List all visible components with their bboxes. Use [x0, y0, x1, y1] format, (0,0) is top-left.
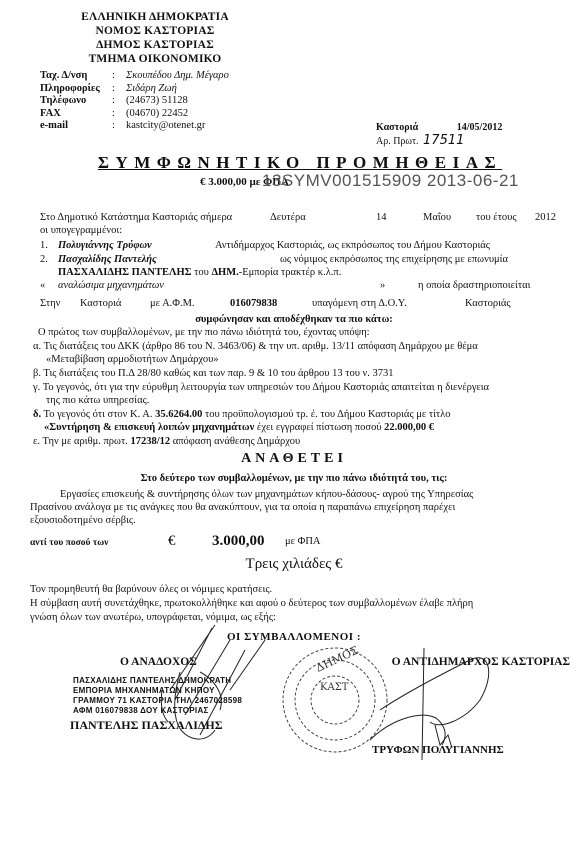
info-key: e-mail	[40, 120, 112, 133]
consideration-c: γ. Το γεγονός, ότι για την εύρυθμη λειτο…	[33, 381, 489, 394]
ada-stamp: 13SYMV001515909 2013-06-21	[262, 171, 519, 191]
info-row-address: Ταχ. Δ/νση : Σκουπέδου Δημ. Μέγαρο	[40, 70, 229, 83]
item-text: Το γεγονός, ότι για την εύρυθμη λειτουργ…	[43, 382, 489, 393]
quote-close: »	[380, 279, 385, 292]
document-title: ΣΥΜΦΩΝΗΤΙΚΟ ΠΡΟΜΗΘΕΙΑΣ	[40, 153, 560, 173]
afm-city: Καστοριά	[80, 297, 121, 310]
intro-line-1: Στο Δημοτικό Κατάστημα Καστοριάς σήμερα …	[40, 211, 232, 224]
parties-heading: ΟΙ ΣΥΜΒΑΛΛΟΜΕΝΟΙ :	[0, 631, 588, 643]
date-protocol-block: Καστοριά 14/05/2012 Αρ. Πρωτ. 17511	[376, 121, 502, 148]
item-text: Τις διατάξεις του Π.Δ 28/80 καθώς και τω…	[43, 368, 393, 379]
contractor-role: Ο ΑΝΑΔΟΧΟΣ	[55, 656, 275, 668]
protocol-number-handwritten: 17511	[423, 133, 464, 148]
amount-value: 3.000,00	[212, 533, 265, 550]
amount-vat: με ΦΠΑ	[285, 536, 321, 547]
intro-day: Δευτέρα	[270, 211, 306, 224]
signature-deputy-mayor: Ο ΑΝΤΙΔΗΜΑΡΧΟΣ ΚΑΣΤΟΡΙΑΣ ΤΡΥΦΩΝ ΠΟΛΥΓΙΑΝ…	[330, 656, 570, 668]
company-operates: η οποία δραστηριοποιείται	[418, 279, 530, 292]
stamp-line: ΓΡΑΜΜΟΥ 71 ΚΑΣΤΟΡΙΑ ΤΗΛ 2467028598	[73, 696, 275, 706]
assigns-heading: ΑΝΑΘΕΤΕΙ	[0, 451, 588, 467]
item-mark: ε.	[33, 436, 40, 447]
info-value: (04670) 22452	[126, 108, 188, 121]
item-text: Την με αριθμ. πρωτ.	[42, 436, 127, 447]
afm-label: με Α.Φ.Μ.	[150, 297, 195, 310]
consideration-b: β. Τις διατάξεις του Π.Δ 28/80 καθώς και…	[33, 367, 394, 380]
contact-info: Ταχ. Δ/νση : Σκουπέδου Δημ. Μέγαρο Πληρο…	[40, 70, 229, 133]
considerations-lead: Ο πρώτος των συμβαλλομένων, με την πιο π…	[38, 326, 370, 339]
agreed-line: συμφώνησαν και αποδέχθηκαν τα πιο κάτω:	[0, 313, 588, 326]
info-sep: :	[112, 120, 126, 133]
party-2: 2. Πασχαλίδης Παντελής ως νόμιμος εκπρόσ…	[40, 253, 560, 266]
header-line-prefecture: ΝΟΜΟΣ ΚΑΣΤΟΡΙΑΣ	[40, 24, 270, 38]
intro-text: Στο Δημοτικό Κατάστημα Καστοριάς σήμερα	[40, 212, 232, 223]
info-key: Τηλέφωνο	[40, 95, 112, 108]
consideration-a-cont: «Μεταβίβαση αρμοδιοτήτων Δημάρχου»	[46, 353, 219, 366]
company-activity-2: αναλώσιμα μηχανημάτων	[58, 279, 164, 292]
info-key: Ταχ. Δ/νση	[40, 70, 112, 83]
closing-2: Η σύμβαση αυτή συνετάχθηκε, πρωτοκολλήθη…	[30, 597, 473, 610]
assign-subheading: Στο δεύτερο των συμβαλλομένων, με την πι…	[0, 472, 588, 485]
deputy-mayor-role: Ο ΑΝΤΙΔΗΜΑΡΧΟΣ ΚΑΣΤΟΡΙΑΣ	[330, 656, 570, 668]
decision-number: 17238/12	[130, 436, 170, 447]
info-value: (24673) 51128	[126, 95, 188, 108]
doy-city: Καστοριάς	[465, 297, 511, 310]
amount-label: αντί του ποσού των	[30, 538, 108, 548]
company-tou: του	[194, 267, 209, 278]
item-mark: β.	[33, 368, 41, 379]
info-row-email: e-mail : kastcity@otenet.gr	[40, 120, 229, 133]
company-line-2: « αναλώσιμα μηχανημάτων » η οποία δραστη…	[40, 279, 560, 292]
deputy-mayor-name: ΤΡΥΦΩΝ ΠΟΛΥΓΙΑΝΝΗΣ	[372, 744, 504, 756]
info-key: FAX	[40, 108, 112, 121]
info-sep: :	[112, 70, 126, 83]
item-text: Το γεγονός ότι στον Κ. Α.	[44, 409, 153, 420]
info-value-email[interactable]: kastcity@otenet.gr	[126, 120, 205, 133]
header-line-municipality: ΔΗΜΟΣ ΚΑΣΤΟΡΙΑΣ	[40, 38, 270, 52]
seal-text: ΚΑΣΤ	[320, 682, 349, 693]
party-1-name: Πολυγιάννης Τρύφων	[58, 239, 152, 252]
info-row-fax: FAX : (04670) 22452	[40, 108, 229, 121]
info-key: Πληροφορίες	[40, 83, 112, 96]
consideration-e: ε. Την με αριθμ. πρωτ. 17238/12 απόφαση …	[33, 435, 300, 448]
party-1-role: Αντιδήμαρχος Καστοριάς, ως εκπρόσωπος το…	[215, 239, 490, 252]
consideration-a: α. Τις διατάξεις του ΔΚΚ (άρθρο 86 του Ν…	[33, 340, 478, 353]
company-name: ΠΑΣΧΑΛΙΔΗΣ ΠΑΝΤΕΛΗΣ	[58, 267, 192, 278]
info-sep: :	[112, 83, 126, 96]
info-row-phone: Τηλέφωνο : (24673) 51128	[40, 95, 229, 108]
work-text-1: Εργασίες επισκευής & συντήρησης όλων των…	[60, 488, 473, 501]
header-line-department: ΤΜΗΜΑ ΟΙΚΟΝΟΜΙΚΟ	[40, 52, 270, 66]
issuer-header: ΕΛΛΗΝΙΚΗ ΔΗΜΟΚΡΑΤΙΑ ΝΟΜΟΣ ΚΑΣΤΟΡΙΑΣ ΔΗΜΟ…	[40, 10, 270, 66]
info-sep: :	[112, 108, 126, 121]
intro-month: Μαΐου	[423, 211, 451, 224]
intro-line-2: οι υπογεγραμμένοι:	[40, 224, 122, 237]
consideration-c-cont: της πιο κάτω υπηρεσίας.	[46, 394, 149, 407]
info-sep: :	[112, 95, 126, 108]
signature-contractor: Ο ΑΝΑΔΟΧΟΣ ΠΑΣΧΑΛΙΔΗΣ ΠΑΝΤΕΛΗΣ ΔΗΜΟΚΡΑΤΗ…	[55, 656, 275, 733]
item-mark: γ.	[33, 382, 40, 393]
closing-1: Τον προμηθευτή θα βαρύνουν όλες οι νόμιμ…	[30, 583, 272, 596]
afm-line: Στην Καστοριά με Α.Φ.Μ. 016079838 υπαγόμ…	[40, 297, 560, 310]
amount-row: αντί του ποσού των € 3.000,00 με ΦΠΑ	[30, 536, 108, 548]
doy-label: υπαγόμενη στη Δ.Ο.Υ.	[312, 297, 407, 310]
stamp-line: ΠΑΣΧΑΛΙΔΗΣ ΠΑΝΤΕΛΗΣ ΔΗΜΟΚΡΑΤΗ	[73, 676, 275, 686]
afm-in: Στην	[40, 298, 60, 309]
closing-3: γνώση όλων των ανωτέρω, υπογράφεται, νόμ…	[30, 611, 276, 624]
stamp-line: ΕΜΠΟΡΙΑ ΜΗΧΑΝΗΜΑΤΩΝ ΚΗΠΟΥ	[73, 686, 275, 696]
currency-symbol: €	[168, 533, 176, 550]
place-label: Καστοριά	[376, 122, 418, 133]
company-stamp: ΠΑΣΧΑΛΙΔΗΣ ΠΑΝΤΕΛΗΣ ΔΗΜΟΚΡΑΤΗ ΕΜΠΟΡΙΑ ΜΗ…	[55, 676, 275, 716]
budget-code: 35.6264.00	[155, 409, 202, 420]
budget-title: «Συντήρηση & επισκευή λοιπών μηχανημάτων	[44, 422, 254, 433]
party-2-name: Πασχαλίδης Παντελής	[58, 253, 157, 266]
work-text-2: Πρασίνου ανάλογα με τις ανάγκες που θα α…	[30, 501, 455, 514]
item-mark: α.	[33, 341, 41, 352]
company-activity: -Εμπορία τρακτέρ κ.λ.π.	[239, 267, 342, 278]
header-line-republic: ΕΛΛΗΝΙΚΗ ΔΗΜΟΚΡΑΤΙΑ	[40, 10, 270, 24]
info-value: Σιδάρη Ζωή	[126, 83, 177, 96]
document-date: 14/05/2012	[457, 122, 503, 133]
item-mark: δ.	[33, 409, 41, 420]
item-text: του προϋπολογισμού τρ. έ. του Δήμου Καστ…	[205, 409, 450, 420]
party-2-role: ως νόμιμος εκπρόσωπος της επιχείρησης με…	[280, 253, 508, 266]
amount-in-words: Τρεις χιλιάδες €	[0, 556, 588, 573]
stamp-line: ΑΦΜ 016079838 ΔΟΥ ΚΑΣΤΟΡΙΑΣ	[73, 706, 275, 716]
credit-amount: 22.000,00 €	[384, 422, 434, 433]
contractor-name: ΠΑΝΤΕΛΗΣ ΠΑΣΧΑΛΙΔΗΣ	[55, 718, 275, 733]
work-text-3: εξουσιοδοτημένο σέρβις.	[30, 514, 136, 527]
intro-year: 2012	[535, 211, 556, 224]
info-row-contact-person: Πληροφορίες : Σιδάρη Ζωή	[40, 83, 229, 96]
protocol-label: Αρ. Πρωτ.	[376, 136, 419, 147]
intro-year-label: του έτους	[476, 211, 517, 224]
afm-number: 016079838	[230, 297, 277, 310]
item-text: Τις διατάξεις του ΔΚΚ (άρθρο 86 του Ν. 3…	[44, 341, 478, 352]
intro-date-num: 14	[376, 211, 387, 224]
consideration-d: δ. Το γεγονός ότι στον Κ. Α. 35.6264.00 …	[33, 408, 451, 421]
info-value: Σκουπέδου Δημ. Μέγαρο	[126, 70, 229, 83]
company-dim: ΔΗΜ.	[211, 267, 238, 278]
quote-open: «	[40, 280, 45, 291]
consideration-d-cont: «Συντήρηση & επισκευή λοιπών μηχανημάτων…	[44, 421, 434, 434]
party-number: 1.	[40, 240, 48, 251]
party-number: 2.	[40, 254, 48, 265]
item-text: έχει εγγραφεί πίστωση ποσού	[257, 422, 382, 433]
item-text: απόφαση ανάθεσης Δημάρχου	[173, 436, 300, 447]
company-line: ΠΑΣΧΑΛΙΔΗΣ ΠΑΝΤΕΛΗΣ του ΔΗΜ.-Εμπορία τρα…	[58, 266, 341, 279]
party-1: 1. Πολυγιάννης Τρύφων Αντιδήμαρχος Καστο…	[40, 239, 560, 252]
